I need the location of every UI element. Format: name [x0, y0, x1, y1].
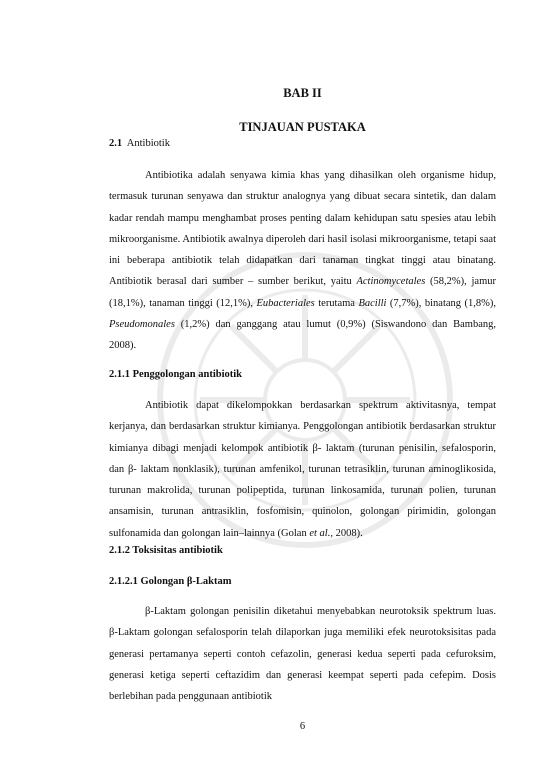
paragraph-antibiotik-definition: Antibiotika adalah senyawa kimia khas ya… [109, 165, 496, 357]
section-number: 2.1 [109, 138, 122, 149]
section-heading-2-1: 2.1 Antibiotik [109, 138, 170, 149]
paragraph-penggolongan: Antibiotik dapat dikelompokkan berdasark… [109, 395, 496, 544]
paragraph-beta-laktam: β-Laktam golongan penisilin diketahui me… [109, 601, 496, 707]
chapter-title: TINJAUAN PUSTAKA [109, 120, 496, 135]
section-heading-2-1-2-1: 2.1.2.1 Golongan β-Laktam [109, 576, 232, 587]
chapter-number: BAB II [109, 86, 496, 101]
section-heading-2-1-2: 2.1.2 Toksisitas antibiotik [109, 545, 223, 556]
page-number: 6 [109, 721, 496, 732]
section-title: Antibiotik [127, 138, 170, 149]
section-heading-2-1-1: 2.1.1 Penggolongan antibiotik [109, 369, 242, 380]
